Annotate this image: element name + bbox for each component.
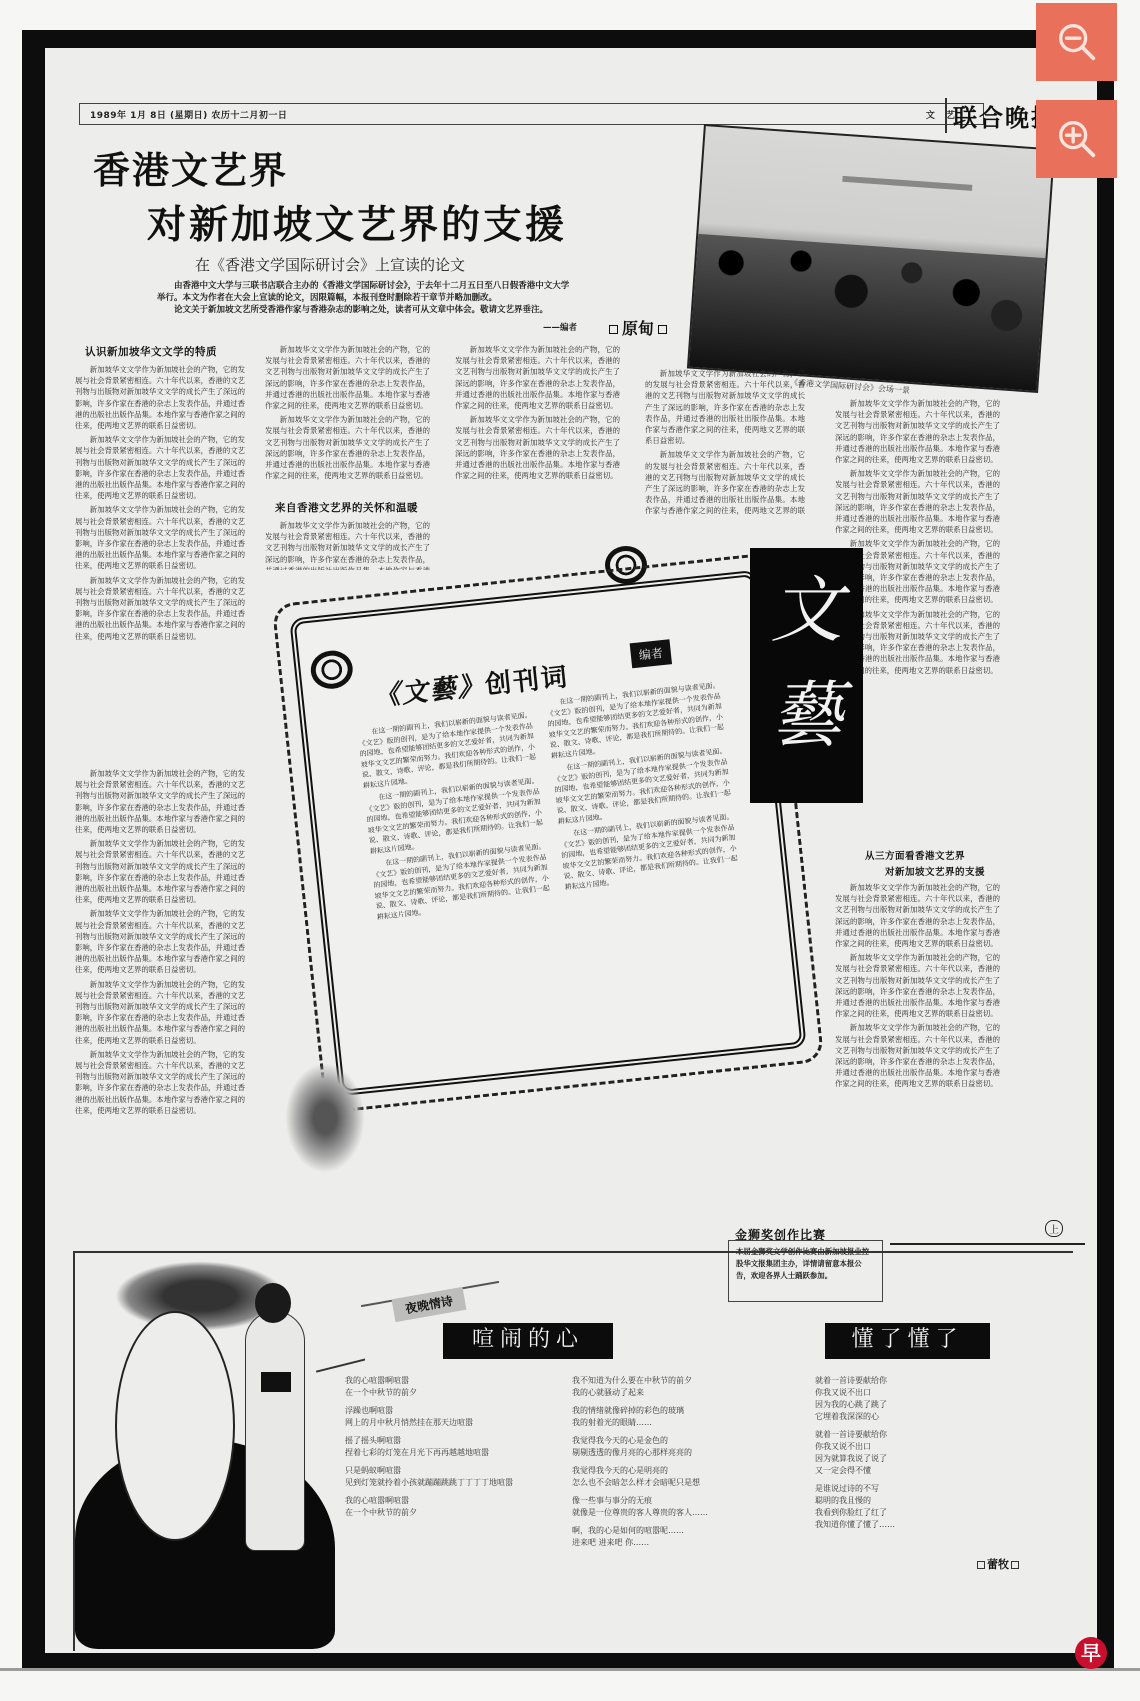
zaobao-logo-badge: 早 [1075,1637,1107,1669]
rose-ornament-icon [309,649,355,691]
illustration-head [255,1283,291,1323]
poem-line: 剔剔透透的像月亮的心那样亮亮的 [572,1447,772,1459]
poem-line: 是谁说过诗的不写 [815,1483,945,1495]
stanza: 就着一首诗要献给你你我又说不出口因为我的心跳了跳了它埋着我深深的心 [815,1375,945,1423]
poem-2: 就着一首诗要献给你你我又说不出口因为我的心跳了跳了它埋着我深深的心 就着一首诗要… [815,1375,945,1537]
poem-line: 在一个中秋节的前夕 [345,1507,565,1519]
poem-line: 它埋着我深深的心 [815,1411,945,1423]
manifesto-title-text: 创刊词 [484,662,571,701]
poem-line: 因为我的心跳了跳了 [815,1399,945,1411]
photo-banner [842,176,972,191]
column-text: 新加坡华文文学作为新加坡社会的产物，它的发展与社会背景紧密相连。六十年代以来，香… [75,1049,245,1116]
peacock-feather-illustration [285,1063,365,1173]
poem-line: 摇了摇头啊喧嚣 [345,1435,565,1447]
square-ornament-icon [658,325,667,334]
page-header-strip: 1989年 1月 8日 (星期日) 农历十二月初一日 文 艺 [79,103,984,125]
column-text: 新加坡华文文学作为新加坡社会的产物，它的发展与社会背景紧密相连。六十年代以来，香… [645,449,805,518]
square-ornament-icon [1011,1561,1019,1569]
editor-tag: 编者 [630,639,672,668]
author-byline: 原甸 [605,316,671,339]
poem-line: 怎么也不会暗怎么样才会暗呢只是想 [572,1477,772,1489]
stanza: 像一些事与事分的无痕就像是一位尊贵的客人尊贵的客人…… [572,1495,772,1519]
zoom-in-button[interactable] [1036,100,1117,178]
square-ornament-icon [609,325,618,334]
conference-photo [687,124,1055,393]
zoom-out-icon [1054,19,1100,65]
poem-line: 进来吧 进来吧 你…… [572,1537,772,1549]
poem-line: 像一些事与事分的无痕 [572,1495,772,1507]
column-text: 新加坡华文文学作为新加坡社会的产物，它的发展与社会背景紧密相连。六十年代以来，香… [835,1022,1000,1089]
stanza: 就着一首诗要献给你你我又说不出口因为就算我说了说了又一定会得不懂 [815,1429,945,1477]
poem-line: 就着一首诗要献给你 [815,1429,945,1441]
column-text: 新加坡华文文学作为新加坡社会的产物，它的发展与社会背景紧密相连。六十年代以来，香… [75,575,245,642]
manifesto-title: 《文藝》创刊词 [372,656,571,713]
poem-title-1: 喧闹的心 [443,1323,613,1359]
poem-line: 你我又说不出口 [815,1441,945,1453]
poem-title-2: 懂了懂了 [825,1323,990,1359]
stanza: 摇了摇头啊喧嚣捏着七彩的灯笼在月光下再再越越地喧嚣 [345,1435,565,1459]
poem-line: 你我又说不出口 [815,1387,945,1399]
poem-line: 就像是一位尊贵的客人尊贵的客人…… [572,1507,772,1519]
column-text: 新加坡华文文学作为新加坡社会的产物，它的发展与社会背景紧密相连。六十年代以来，香… [75,768,245,835]
poet-byline: 蕾牧 [975,1556,1021,1572]
poem-line: 我看到你脸红了红了 [815,1507,945,1519]
newspaper-page: 1989年 1月 8日 (星期日) 农历十二月初一日 文 艺 联合晚报 香港文艺… [45,48,1097,1653]
stanza: 啊，我的心是如何的喧嚣呢……进来吧 进来吧 你…… [572,1525,772,1549]
section-heading: 从三方面看香港文艺界 [865,848,965,862]
column-text: 新加坡华文文学作为新加坡社会的产物，它的发展与社会背景紧密相连。六十年代以来，香… [835,952,1000,1019]
poem-line: 啊，我的心是如何的喧嚣呢…… [572,1525,772,1537]
column-text: 新加坡华文文学作为新加坡社会的产物，它的发展与社会背景紧密相连。六十年代以来，香… [75,504,245,571]
illustration-cloak [115,1311,235,1541]
column-text: 新加坡华文文学作为新加坡社会的产物，它的发展与社会背景紧密相连。六十年代以来，香… [455,344,620,411]
section-heading: 来自香港文艺界的关怀和温暖 [275,500,418,515]
editor-intro: 由香港中文大学与三联书店联合主办的《香港文学国际研讨会》，于去年十二月五日至八日… [157,280,577,334]
article-column: 新加坡华文文学作为新加坡社会的产物，它的发展与社会背景紧密相连。六十年代以来，香… [455,344,620,524]
poem-line: 我不知道为什么要在中秋节的前夕 [572,1375,772,1387]
article-column: 新加坡华文文学作为新加坡社会的产物，它的发展与社会背景紧密相连。六十年代以来，香… [645,368,805,518]
section-heading: 对新加坡文艺界的支援 [885,864,985,878]
zoom-out-button[interactable] [1036,3,1117,81]
column-text: 新加坡华文文学作为新加坡社会的产物，它的发展与社会背景紧密相连。六十年代以来，香… [75,838,245,905]
part-marker: 上 [1045,1220,1063,1237]
column-text: 新加坡华文文学作为新加坡社会的产物，它的发展与社会背景紧密相连。六十年代以来，香… [835,398,1000,465]
column-text: 新加坡华文文学作为新加坡社会的产物，它的发展与社会背景紧密相连。六十年代以来，香… [265,344,430,411]
column-text: 新加坡华文文学作为新加坡社会的产物，它的发展与社会背景紧密相连。六十年代以来，香… [645,368,805,446]
stanza: 我的心喧嚣啊喧嚣在一个中秋节的前夕 [345,1375,565,1399]
peacock-lady-illustration [75,1251,365,1649]
manifesto-title-calligraphy: 《文藝》 [372,671,487,713]
column-text: 新加坡华文文学作为新加坡社会的产物，它的发展与社会背景紧密相连。六十年代以来，香… [835,468,1000,535]
viewer-bottom-edge [0,1668,1140,1671]
stanza: 我不知道为什么要在中秋节的前夕我的心就骚动了起来 [572,1375,772,1399]
square-ornament-icon [977,1561,985,1569]
poem-line: 我知道你懂了懂了…… [815,1519,945,1531]
poem-line: 网上的月中秋月悄然挂在那天边喧嚣 [345,1417,565,1429]
poem-line: 我觉得我今天的心是金色的 [572,1435,772,1447]
intro-paragraph: 论文关于新加坡文艺所受香港作家与香港杂志的影响之处，读者可从文章中体会。敬请文艺… [157,304,577,316]
poem-line: 就着一首诗要献给你 [815,1375,945,1387]
article-subheading: 在《香港文学国际研讨会》上宣读的论文 [195,254,465,275]
wenyi-calligraphy-block: 文藝 [750,548,863,803]
poem-1-part-2: 我不知道为什么要在中秋节的前夕我的心就骚动了起来 我的情绪就像碎掉的彩色的玻璃我… [572,1375,772,1555]
article-column: 新加坡华文文学作为新加坡社会的产物，它的发展与社会背景紧密相连。六十年代以来，香… [835,882,1000,1182]
divider-line [890,1243,1085,1245]
stanza: 我觉得我今天的心是明亮的怎么也不会暗怎么样才会暗呢只是想 [572,1465,772,1489]
illustration-wand [316,1351,365,1372]
poem-line: 我的心喧嚣啊喧嚣 [345,1375,565,1387]
stanza: 浮躁也啊喧嚣网上的月中秋月悄然挂在那天边喧嚣 [345,1405,565,1429]
image-viewer: 1989年 1月 8日 (星期日) 农历十二月初一日 文 艺 联合晚报 香港文艺… [0,0,1140,1701]
poem-line: 我的射着光的眼睛…… [572,1417,772,1429]
poem-line: 浮躁也啊喧嚣 [345,1405,565,1417]
stanza: 我的情绪就像碎掉的彩色的玻璃我的射着光的眼睛…… [572,1405,772,1429]
poem-line: 聪明的我且慢的 [815,1495,945,1507]
intro-signature: ——编者 [157,322,577,334]
poem-1-part-1: 我的心喧嚣啊喧嚣在一个中秋节的前夕 浮躁也啊喧嚣网上的月中秋月悄然挂在那天边喧嚣… [345,1375,565,1525]
article-column: 新加坡华文文学作为新加坡社会的产物，它的发展与社会背景紧密相连。六十年代以来，香… [75,768,245,1233]
poem-line: 我的心喧嚣啊喧嚣 [345,1495,565,1507]
intro-paragraph: 由香港中文大学与三联书店联合主办的《香港文学国际研讨会》，于去年十二月五日至八日… [157,280,577,304]
zoom-in-icon [1054,116,1100,162]
issue-date: 1989年 1月 8日 (星期日) 农历十二月初一日 [90,108,926,121]
stanza: 是谁说过诗的不写聪明的我且慢的我看到你脸红了红了我知道你懂了懂了…… [815,1483,945,1531]
illustration-figure [245,1311,305,1551]
column-text: 新加坡华文文学作为新加坡社会的产物，它的发展与社会背景紧密相连。六十年代以来，香… [455,414,620,481]
column-text: 新加坡华文文学作为新加坡社会的产物，它的发展与社会背景紧密相连。六十年代以来，香… [835,882,1000,949]
column-text: 新加坡华文文学作为新加坡社会的产物，它的发展与社会背景紧密相连。六十年代以来，香… [75,434,245,501]
poem-line: 又一定会得不懂 [815,1465,945,1477]
headline-line-2: 对新加坡文艺界的支援 [147,194,567,250]
poem-line: 我觉得我今天的心是明亮的 [572,1465,772,1477]
section-heading: 认识新加坡华文文学的特质 [85,344,217,359]
headline-line-1: 香港文艺界 [93,140,288,194]
poem-line: 见到灯笼就拎着小孩就蹦蹦跳跳丁丁丁丁地喧嚣 [345,1477,565,1489]
article-column: 新加坡华文文学作为新加坡社会的产物，它的发展与社会背景紧密相连。六十年代以来，香… [265,344,430,494]
poem-line: 我的心就骚动了起来 [572,1387,772,1399]
column-text: 新加坡华文文学作为新加坡社会的产物，它的发展与社会背景紧密相连。六十年代以来，香… [75,364,245,431]
manifesto-column: 在这一期的副刊上，我们以崭新的面貌与读者见面。《文艺》版的创刊，是为了给本地作家… [357,710,566,1056]
stanza: 只是蚂蚁啊喧嚣见到灯笼就拎着小孩就蹦蹦跳跳丁丁丁丁地喧嚣 [345,1465,565,1489]
stanza: 我觉得我今天的心是金色的剔剔透透的像月亮的心那样亮亮的 [572,1435,772,1459]
poem-line: 我的情绪就像碎掉的彩色的玻璃 [572,1405,772,1417]
stanza: 我的心喧嚣啊喧嚣在一个中秋节的前夕 [345,1495,565,1519]
column-text: 新加坡华文文学作为新加坡社会的产物，它的发展与社会背景紧密相连。六十年代以来，香… [265,520,430,570]
poet-name: 蕾牧 [987,1558,1009,1571]
column-text: 新加坡华文文学作为新加坡社会的产物，它的发展与社会背景紧密相连。六十年代以来，香… [75,908,245,975]
column-text: 新加坡华文文学作为新加坡社会的产物，它的发展与社会背景紧密相连。六十年代以来，香… [265,414,430,481]
poem-line: 只是蚂蚁啊喧嚣 [345,1465,565,1477]
manifesto-frame: 《文藝》创刊词 编者 在这一期的副刊上，我们以崭新的面貌与读者见面。《文艺》版的… [289,570,807,1096]
article-column: 新加坡华文文学作为新加坡社会的产物，它的发展与社会背景紧密相连。六十年代以来，香… [265,520,430,570]
article-column: 新加坡华文文学作为新加坡社会的产物，它的发展与社会背景紧密相连。六十年代以来，香… [75,364,245,759]
poem-line: 捏着七彩的灯笼在月光下再再越越地喧嚣 [345,1447,565,1459]
poem-line: 在一个中秋节的前夕 [345,1387,565,1399]
poem-line: 因为就算我说了说了 [815,1453,945,1465]
column-text: 新加坡华文文学作为新加坡社会的产物，它的发展与社会背景紧密相连。六十年代以来，香… [75,979,245,1046]
manifesto-column: 在这一期的副刊上，我们以崭新的面貌与读者见面。《文艺》版的创刊，是为了给本地作家… [545,680,755,1036]
author-name: 原甸 [622,319,654,338]
